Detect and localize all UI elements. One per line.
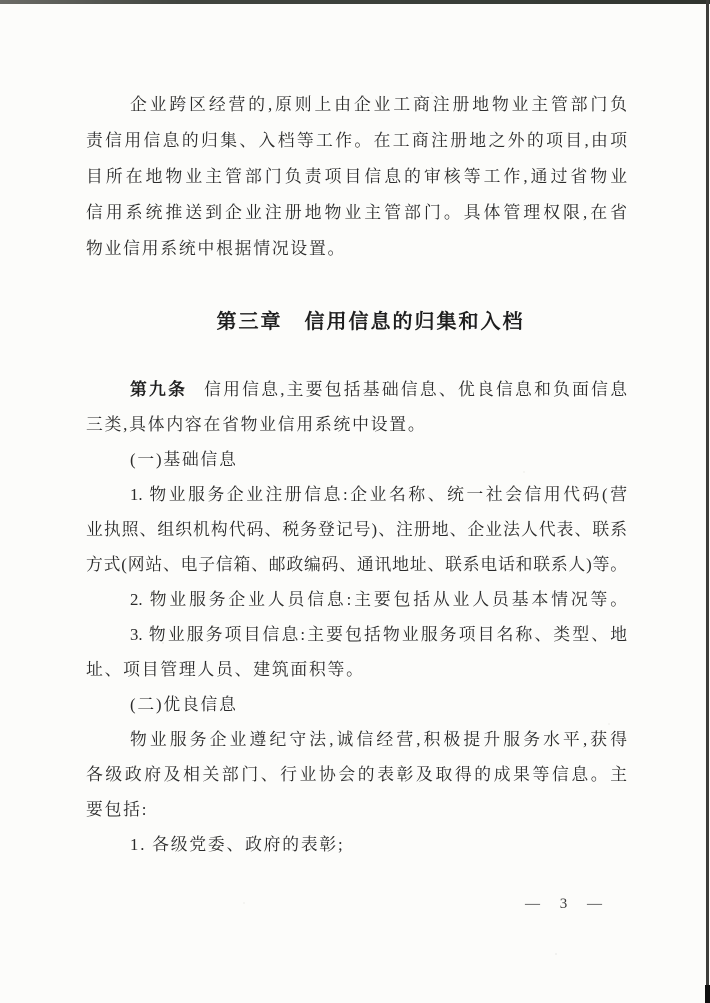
body-line: 物业服务企业遵纪守法,诚信经营,积极提升服务水平,获得 xyxy=(86,722,627,757)
scanned-document-page: 企业跨区经营的,原则上由企业工商注册地物业主管部门负 责信用信息的归集、入档等工… xyxy=(0,0,710,1003)
body-line: 1. 物业服务企业注册信息:企业名称、统一社会信用代码(营 xyxy=(86,477,627,512)
scan-edge-right xyxy=(706,0,709,1003)
chapter-heading: 第三章 信用信息的归集和入档 xyxy=(86,304,627,340)
body-line: 责信用信息的归集、入档等工作。在工商注册地之外的项目,由项 xyxy=(86,123,627,159)
article-first-line-text: 信用信息,主要包括基础信息、优良信息和负面信息 xyxy=(204,380,627,399)
page-number: — 3 — xyxy=(86,893,606,915)
subsection-title: (二)优良信息 xyxy=(86,687,627,722)
body-line: 2. 物业服务企业人员信息:主要包括从业人员基本情况等。 xyxy=(86,582,627,617)
subsection-title: (一)基础信息 xyxy=(86,442,627,477)
body-line: 信用系统推送到企业注册地物业主管部门。具体管理权限,在省 xyxy=(86,195,627,231)
body-line: 址、项目管理人员、建筑面积等。 xyxy=(86,652,627,687)
article-nine-section: 第九条信用信息,主要包括基础信息、优良信息和负面信息 三类,具体内容在省物业信用… xyxy=(86,372,627,862)
body-line: 要包括: xyxy=(86,792,627,827)
body-line: 方式(网站、电子信箱、邮政编码、通讯地址、联系电话和联系人)等。 xyxy=(86,547,627,582)
body-line: 企业跨区经营的,原则上由企业工商注册地物业主管部门负 xyxy=(86,87,627,123)
scan-noise xyxy=(0,0,2,2)
text-column: 企业跨区经营的,原则上由企业工商注册地物业主管部门负 责信用信息的归集、入档等工… xyxy=(86,0,627,862)
body-line: 3. 物业服务项目信息:主要包括物业服务项目名称、类型、地 xyxy=(86,617,627,652)
scan-corner-mark xyxy=(705,985,710,1003)
body-line: 各级政府及相关部门、行业协会的表彰及取得的成果等信息。主 xyxy=(86,757,627,792)
paragraph-cross-region-management: 企业跨区经营的,原则上由企业工商注册地物业主管部门负 责信用信息的归集、入档等工… xyxy=(86,87,627,267)
body-line: 三类,具体内容在省物业信用系统中设置。 xyxy=(86,407,627,442)
body-line: 第九条信用信息,主要包括基础信息、优良信息和负面信息 xyxy=(86,372,627,407)
body-line: 目所在地物业主管部门负责项目信息的审核等工作,通过省物业 xyxy=(86,159,627,195)
body-line: 业执照、组织机构代码、税务登记号)、注册地、企业法人代表、联系 xyxy=(86,512,627,547)
body-line: 物业信用系统中根据情况设置。 xyxy=(86,231,627,267)
article-number-label: 第九条 xyxy=(130,380,187,399)
body-line: 1. 各级党委、政府的表彰; xyxy=(86,827,627,862)
